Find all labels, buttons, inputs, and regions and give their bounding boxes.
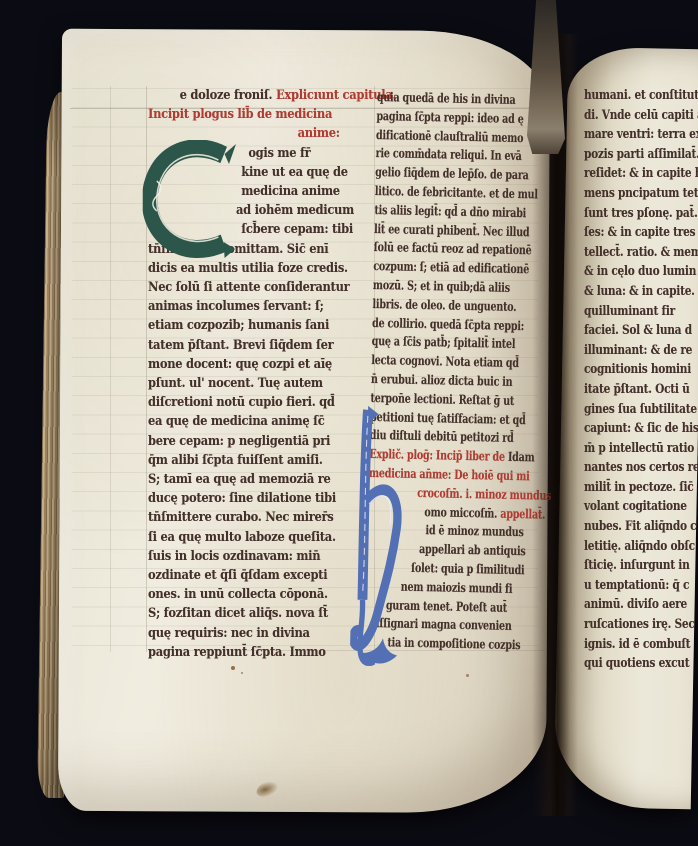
text-line: nubes. Fit aliq̄ndo c (584, 517, 698, 537)
initial-c-glyph (143, 140, 238, 260)
text-line: ducę potero: ſine dilatione tibi (148, 489, 379, 508)
body-text: u temptationū: q̄ c (584, 578, 689, 593)
body-text: libris. de oleo. de unguento. (372, 296, 516, 314)
body-text: humani. et conſtituti (584, 88, 698, 103)
text-line: faciei. Sol & luna d (584, 321, 698, 341)
body-text: ſticię. inſurgunt in (584, 558, 690, 573)
text-line: S; fozſitan dicet aliq̄s. nova ſt̄ (148, 604, 379, 623)
body-text: Nec ſolū ſi attente conſiderantur (148, 280, 349, 295)
manuscript-photo: e doloze froniſ. Explicıunt capitula.Inc… (0, 0, 698, 846)
body-text: ſunt tres pſonę. pat̄. f (584, 206, 698, 221)
text-line: tatem p̄ſtant. Brevi ſiq̄dem ſer (148, 336, 379, 355)
body-text: id ē minoz mundus (425, 522, 523, 539)
body-text: ſuis in locis ozdinavam: min̄ (148, 549, 320, 564)
text-line: & luna: & in capite. (584, 282, 698, 302)
body-text: itate p̄ſtant. Octi ū (584, 382, 690, 397)
body-text: tellect̄. ratio. & memo (584, 245, 698, 260)
text-line: ruſcationes irę. Sec (584, 615, 698, 635)
body-text: litico. de febricitante. et de mul (375, 183, 538, 201)
body-text: ea quę de medicina animę ſc̄ (148, 414, 324, 429)
text-line: ſticię. inſurgunt in (584, 556, 698, 576)
text-line: illuminant: & de re (584, 341, 698, 361)
body-text: animas incolumes ſervant: ſ; (148, 299, 324, 314)
body-text: mone docent: quę cozpi et aīę (148, 357, 332, 372)
text-line: tellect̄. ratio. & memo (584, 243, 698, 263)
text-line: quę requiris: nec in divina (148, 624, 379, 643)
body-text: nubes. Fit aliq̄ndo c (584, 519, 696, 534)
body-text: volant cogitatione (584, 499, 687, 514)
text-line: Incipit plogus lib̄ de medicina (148, 105, 379, 124)
body-text: e doloze froniſ. (180, 88, 276, 103)
body-text: ogis me fr̄ (248, 146, 310, 161)
body-text: lit̄ ee curati phibent̄. Nec illud (374, 221, 530, 239)
text-line: diſcretioni notū cupio fieri. qd̄ (148, 393, 379, 412)
body-text: S; fozſitan dicet aliq̄s. nova ſt̄ (148, 606, 328, 621)
body-text: q̄m alibi ſc̄pta fuiſſent amiſi. (148, 453, 323, 468)
body-text: ſolū ee factū reoz ad repationē (374, 239, 532, 257)
text-line: reſidet: & in capite ho (584, 164, 698, 184)
body-text: tis aliis legit̄: qd̄ a dn̄o mirabi (374, 202, 526, 220)
text-line: ſunt tres pſonę. pat̄. f (584, 204, 698, 224)
body-text: appellari ab antiquis (419, 541, 526, 558)
body-text: kine ut ea quę de (241, 165, 347, 180)
text-line: capiunt: & ſic de his (584, 419, 698, 439)
body-text: ozdinate et q̄ſi q̄ſdam excepti (148, 568, 327, 583)
body-text: gines ſua ſubtilitate (584, 402, 697, 417)
body-text: mozū. S; et in quib;dā aliis (373, 277, 510, 295)
ink-spots (231, 666, 235, 670)
body-text: milit̄ in pectoze. ſic̄ (584, 480, 693, 495)
body-text: medicina anime (241, 184, 340, 199)
ink-dot (466, 674, 469, 677)
body-text: ones. in unū collecta cōponā. (148, 587, 328, 602)
text-line: letitię. aliq̄ndo obſc (584, 537, 698, 557)
body-text: pſunt. ul' nocent. Tuę autem (148, 376, 323, 391)
body-text: ſolet: quia p ſimilitudi (411, 560, 525, 577)
body-text: etiam cozpozib; humanis ſani (148, 318, 329, 333)
body-text: mens pncipatum tet (584, 186, 698, 201)
binding-strap (527, 0, 565, 154)
text-line: ſi ea quę multo laboze queſita. (148, 528, 379, 547)
text-line: mens pncipatum tet (584, 184, 698, 204)
body-text: illuminant: & de re (584, 343, 692, 358)
text-line: ones. in unū collecta cōponā. (148, 585, 379, 604)
body-text: cognitionis homini (584, 362, 691, 377)
text-line: pſunt. ul' nocent. Tuę autem (148, 374, 379, 393)
body-text: diſcretioni notū cupio fieri. qd̄ (148, 395, 335, 410)
body-text: n̄ erubui. alioz dicta buic in (371, 371, 513, 389)
text-line: ſes: & in capite tres po (584, 223, 698, 243)
body-text: nantes nos certos ret (584, 460, 698, 475)
body-text: quilluminant fir (584, 304, 675, 319)
rubric-text: appellat̄. (500, 505, 545, 521)
body-text: de collirio. quedā ſc̄pta reppi: (372, 315, 524, 333)
body-text: Idam (508, 449, 535, 465)
rubric-text: crocoſm̄. i. minoz mundus (417, 485, 551, 503)
body-text: dificationē clauſtraliū memo (376, 127, 524, 145)
body-text: & in cęlo duo lumin (584, 264, 696, 279)
text-line: mone docent: quę cozpi et aīę (148, 355, 379, 374)
body-text: m̄ p intellectū ratio (584, 441, 694, 456)
body-text: gelio ſiq̄dem de lep̄ſo. de para (375, 164, 529, 182)
text-line: quilluminant fir (584, 302, 698, 322)
text-line: & in cęlo duo lumin (584, 262, 698, 282)
text-line: qui quotiens excut (584, 654, 698, 674)
text-line: pozis parti aſſimilat̄. (584, 145, 698, 165)
text-line: m̄ p intellectū ratio (584, 439, 698, 459)
text-line: ozdinate et q̄ſi q̄ſdam excepti (148, 566, 379, 585)
text-line: itate p̄ſtant. Octi ū (584, 380, 698, 400)
text-line: tn̄ſmittere curabo. Nec mirer̄s (148, 508, 379, 527)
body-text: mare ventri: terra ex (584, 127, 698, 142)
text-line: ſuis in locis ozdinavam: min̄ (148, 547, 379, 566)
text-line: pagina reppiunt̄ ſc̄pta. Immo (148, 643, 379, 662)
text-line: u temptationū: q̄ c (584, 576, 698, 596)
body-text: quia quedā de his in divina (377, 89, 516, 107)
text-line: cognitionis homini (584, 360, 698, 380)
text-line: ea quę de medicina animę ſc̄ (148, 412, 379, 431)
body-text: cozpum: ſ; etiā ad edificationē (373, 258, 529, 276)
body-text: bere cepam: p negligentiā pri (148, 434, 330, 449)
body-text: tatem p̄ſtant. Brevi ſiq̄dem ſer (148, 338, 333, 353)
body-text: pagina reppiunt̄ ſc̄pta. Immo (148, 645, 326, 660)
body-text: ſcb̄ere cepam: tibi (241, 222, 353, 237)
body-text: ruſcationes irę. Sec (584, 617, 695, 632)
left-text-column: e doloze froniſ. Explicıunt capitula.Inc… (148, 86, 379, 662)
right-text-column: quia quedā de his in divinapagina ſc̄pta… (365, 88, 552, 655)
text-line: q̄m alibi ſc̄pta fuiſſent amiſi. (148, 451, 379, 470)
body-text: animū. diviſo aere (584, 597, 687, 612)
body-text: faciei. Sol & luna d (584, 323, 692, 338)
body-text: dicis ea multis utilia foze credis. (148, 261, 348, 276)
body-text: tn̄ſmittere curabo. Nec mirer̄s (148, 510, 333, 525)
body-text: ſes: & in capite tres po (584, 225, 698, 240)
facing-page-column: humani. et conſtitutidi. Vnde celū capit… (584, 86, 698, 674)
body-text: & luna: & in capite. (584, 284, 695, 299)
body-text: ſi ea quę multo laboze queſita. (148, 530, 336, 545)
text-line: e doloze froniſ. Explicıunt capitula. (148, 86, 379, 105)
body-text: rie comm̄data reliqui. In evā (375, 145, 521, 163)
body-text: pagina ſc̄pta reppi: ideo ad ę (376, 108, 523, 126)
text-line: milit̄ in pectoze. ſic̄ (584, 478, 698, 498)
body-text: letitię. aliq̄ndo obſc (584, 539, 695, 554)
body-text: lecta cognovi. Nota etiam qd̄ (371, 352, 519, 370)
body-text: S; tamī ea quę ad memoziā re (148, 472, 331, 487)
body-text: nem maiozis mundi fi (401, 578, 513, 595)
initial-h-glyph (350, 404, 410, 667)
text-line: mare ventri: terra ex (584, 125, 698, 145)
rubric-text: anime: (298, 126, 340, 141)
text-line: etiam cozpozib; humanis ſani (148, 316, 379, 335)
rubric-text: Incipit plogus lib̄ de medicina (148, 107, 332, 122)
body-text: ignis. id ē combuſt (584, 637, 690, 652)
text-line: nantes nos certos ret (584, 458, 698, 478)
text-line: volant cogitatione (584, 497, 698, 517)
body-text: omo miccoſm̄. (424, 504, 500, 521)
text-line: di. Vnde celū capiti a (584, 106, 698, 126)
text-line: Nec ſolū ſi attente conſiderantur (148, 278, 379, 297)
text-line: gines ſua ſubtilitate (584, 400, 698, 420)
text-line: ignis. id ē combuſt (584, 635, 698, 655)
body-text: reſidet: & in capite ho (584, 166, 698, 181)
text-line: humani. et conſtituti (584, 86, 698, 106)
text-line: dicis ea multis utilia foze credis. (148, 259, 379, 278)
text-line: animū. diviſo aere (584, 595, 698, 615)
body-text: di. Vnde celū capiti a (584, 108, 698, 123)
ruling-line-margin (110, 86, 111, 652)
text-line: bere cepam: p negligentiā pri (148, 432, 379, 451)
body-text: ducę potero: ſine dilatione tibi (148, 491, 336, 506)
text-line: S; tamī ea quę ad memoziā re (148, 470, 379, 489)
text-line: animas incolumes ſervant: ſ; (148, 297, 379, 316)
body-text: capiunt: & ſic de his (584, 421, 698, 436)
body-text: ad iohēm medicum (236, 203, 354, 218)
body-text: qui quotiens excut (584, 656, 689, 671)
body-text: pozis parti aſſimilat̄. (584, 147, 698, 162)
body-text: tia in compoſitione cozpis (387, 634, 520, 652)
body-text: quę a ſc̄is patb̄; ſpitalit̄ intel (372, 333, 516, 351)
body-text: quę requiris: nec in divina (148, 626, 310, 641)
